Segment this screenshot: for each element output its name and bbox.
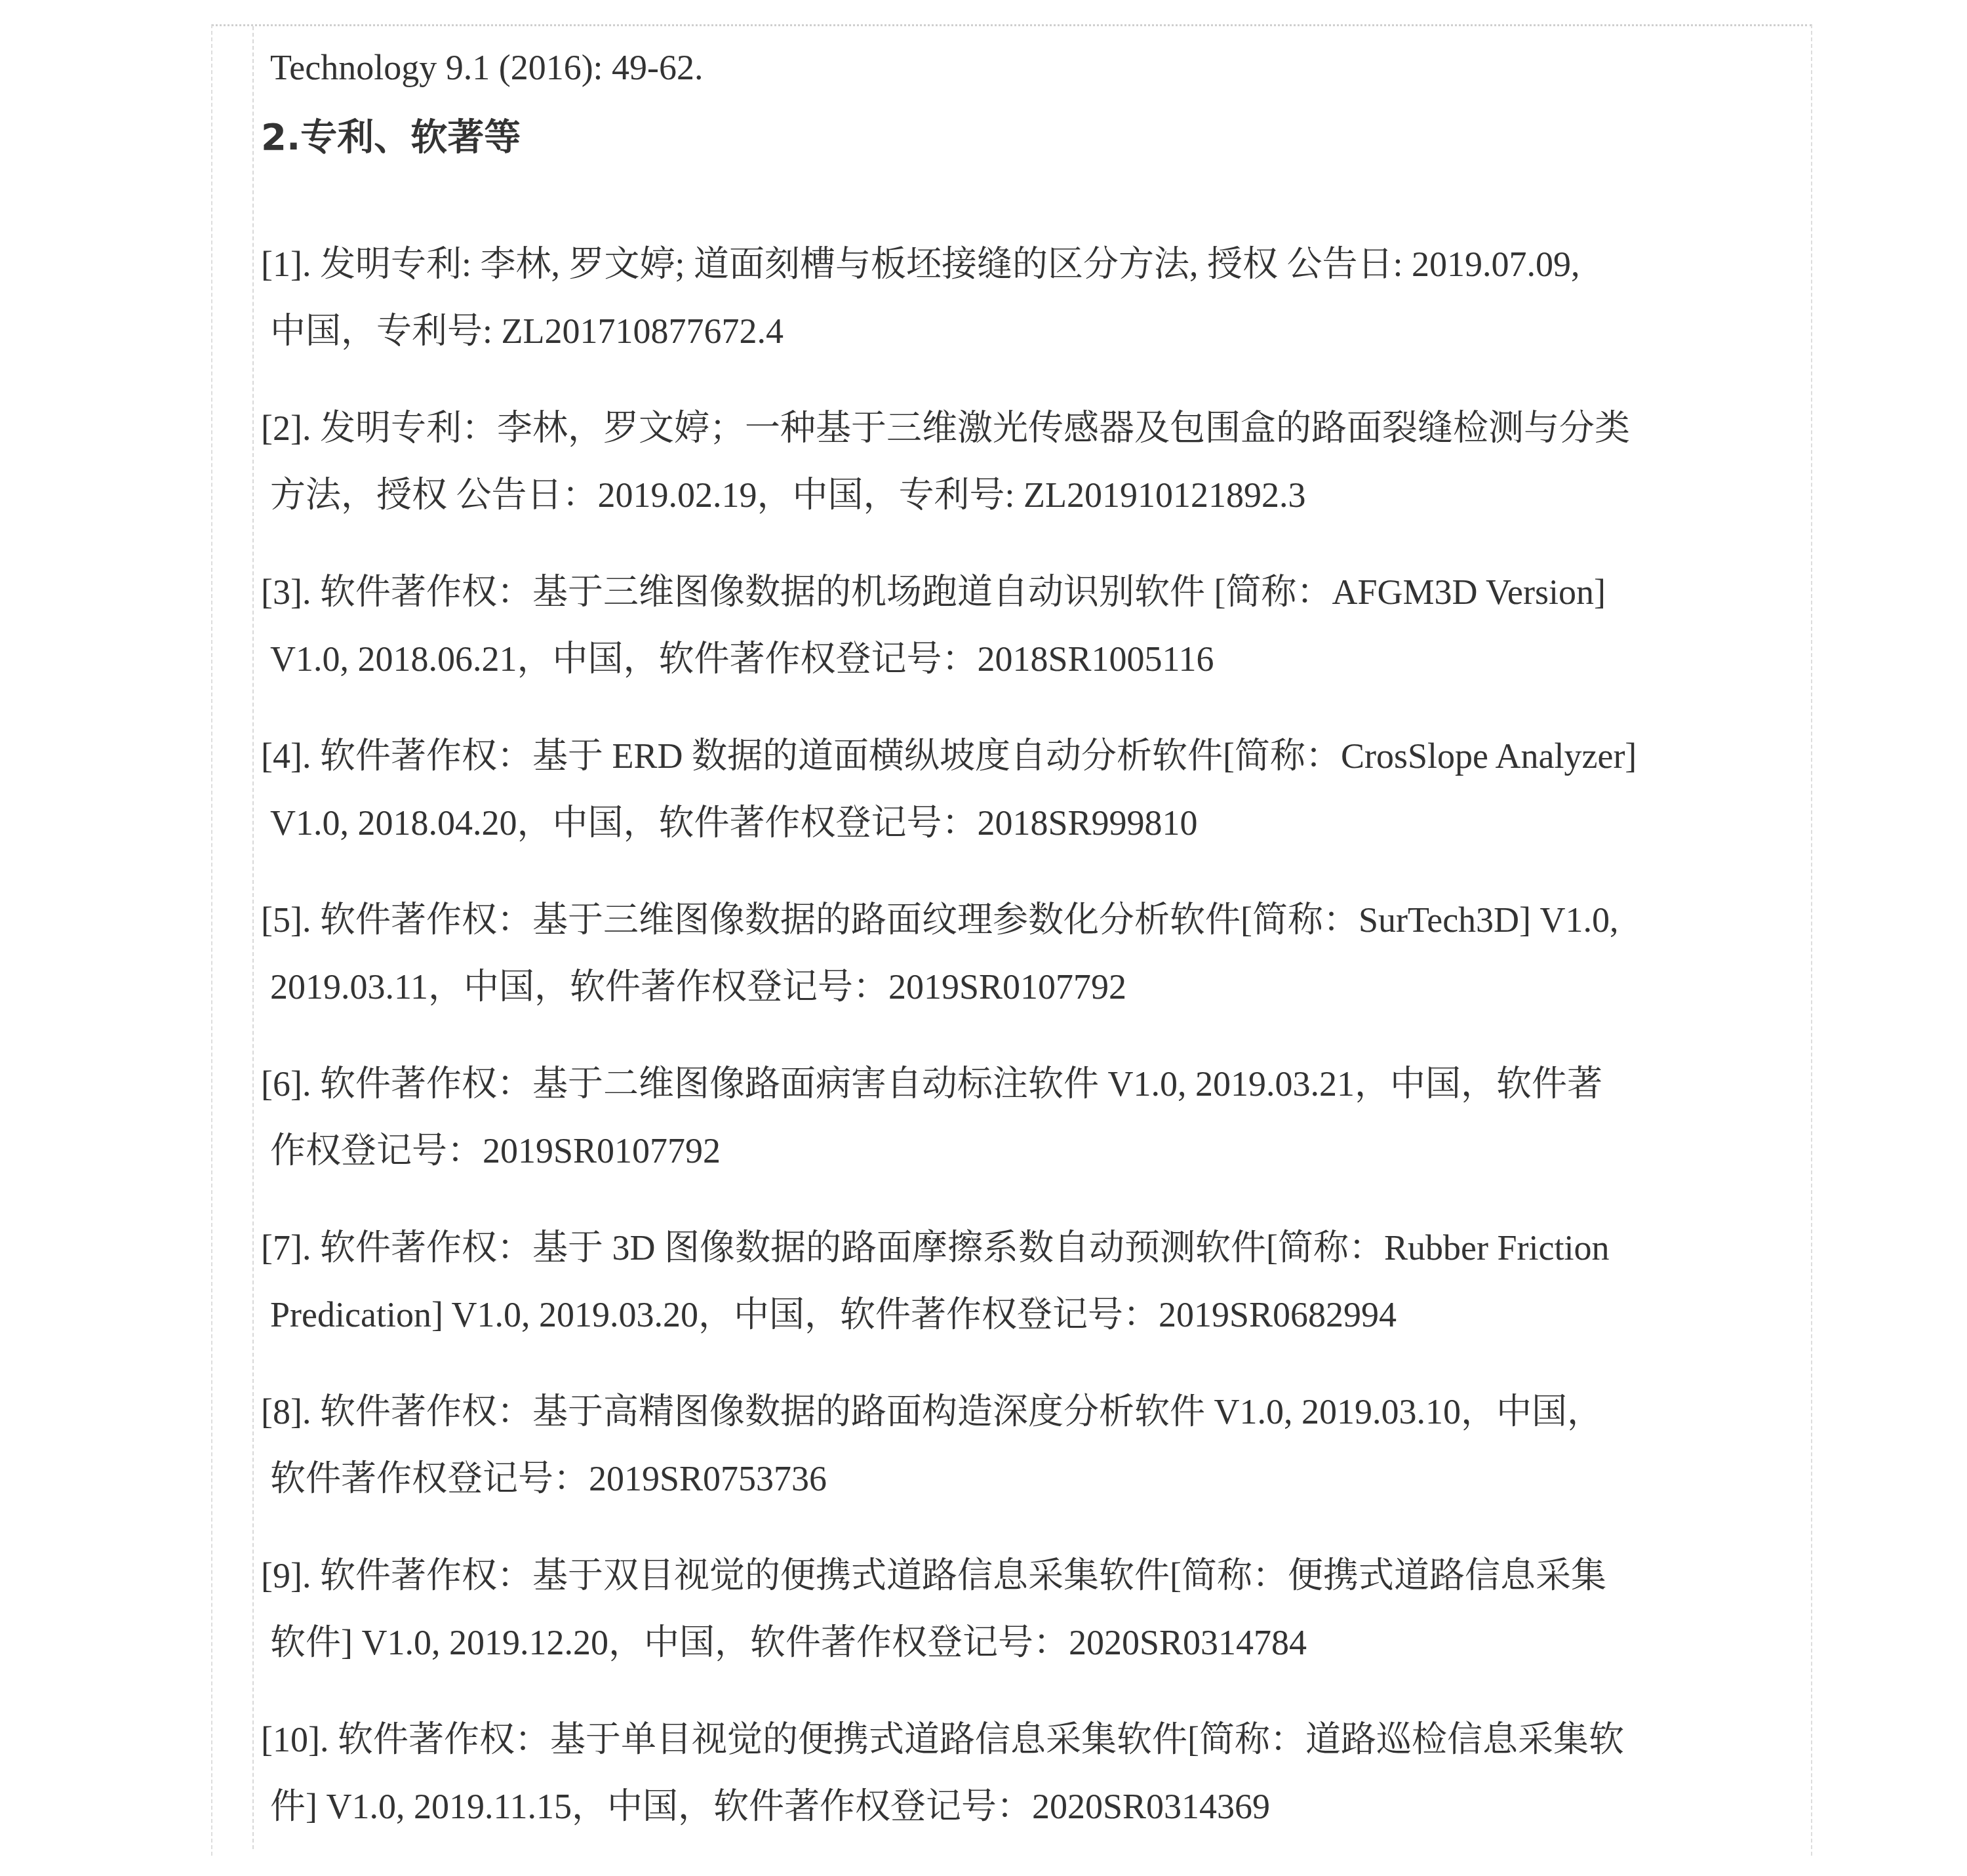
item-line-2: 软件著作权登记号：2019SR0753736 (261, 1445, 1798, 1512)
section-heading: 2.专利、软著等 (261, 105, 1798, 170)
item-line-1: [7]. 软件著作权：基于 3D 图像数据的路面摩擦系数自动预测软件[简称：Ru… (261, 1214, 1798, 1281)
item-line-2: 2019.03.11，中国，软件著作权登记号：2019SR0107792 (261, 953, 1798, 1020)
item-line-2: 作权登记号：2019SR0107792 (261, 1117, 1798, 1184)
item-line-1: [10]. 软件著作权：基于单目视觉的便携式道路信息采集软件[简称：道路巡检信息… (261, 1706, 1798, 1773)
item-line-1: [1]. 发明专利: 李林, 罗文婷; 道面刻槽与板坯接缝的区分方法, 授权 公… (261, 231, 1798, 298)
item-line-2: Predication] V1.0, 2019.03.20，中国，软件著作权登记… (261, 1281, 1798, 1348)
item-line-1: [3]. 软件著作权：基于三维图像数据的机场跑道自动识别软件 [简称：AFGM3… (261, 559, 1798, 626)
item-line-2: V1.0, 2018.06.21，中国，软件著作权登记号：2018SR10051… (261, 626, 1798, 692)
list-item: [1]. 发明专利: 李林, 罗文婷; 道面刻槽与板坯接缝的区分方法, 授权 公… (261, 231, 1798, 365)
item-line-2: 件] V1.0, 2019.11.15，中国，软件著作权登记号：2020SR03… (261, 1773, 1798, 1840)
item-line-1: [5]. 软件著作权：基于三维图像数据的路面纹理参数化分析软件[简称：SurTe… (261, 887, 1798, 953)
list-item: [3]. 软件著作权：基于三维图像数据的机场跑道自动识别软件 [简称：AFGM3… (261, 559, 1798, 692)
list-item: [5]. 软件著作权：基于三维图像数据的路面纹理参数化分析软件[简称：SurTe… (261, 887, 1798, 1020)
list-item: [7]. 软件著作权：基于 3D 图像数据的路面摩擦系数自动预测软件[简称：Ru… (261, 1214, 1798, 1348)
list-item: [10]. 软件著作权：基于单目视觉的便携式道路信息采集软件[简称：道路巡检信息… (261, 1706, 1798, 1840)
list-item: [4]. 软件著作权：基于 ERD 数据的道面横纵坡度自动分析软件[简称：Cro… (261, 723, 1798, 856)
item-line-2: 方法，授权 公告日：2019.02.19，中国，专利号: ZL201910121… (261, 462, 1798, 529)
item-line-2: 软件] V1.0, 2019.12.20，中国，软件著作权登记号：2020SR0… (261, 1609, 1798, 1676)
margin-rule (252, 26, 254, 1849)
document-body: Technology 9.1 (2016): 49-62. 2.专利、软著等 [… (261, 34, 1798, 1840)
list-item: [6]. 软件著作权：基于二维图像路面病害自动标注软件 V1.0, 2019.0… (261, 1050, 1798, 1184)
item-line-1: [2]. 发明专利：李林，罗文婷；一种基于三维激光传感器及包围盒的路面裂缝检测与… (261, 395, 1798, 462)
item-line-2: 中国，专利号: ZL201710877672.4 (261, 298, 1798, 365)
list-item: [2]. 发明专利：李林，罗文婷；一种基于三维激光传感器及包围盒的路面裂缝检测与… (261, 395, 1798, 529)
list-item: [9]. 软件著作权：基于双目视觉的便携式道路信息采集软件[简称：便携式道路信息… (261, 1542, 1798, 1676)
list-item: [8]. 软件著作权：基于高精图像数据的路面构造深度分析软件 V1.0, 201… (261, 1378, 1798, 1512)
item-line-1: [8]. 软件著作权：基于高精图像数据的路面构造深度分析软件 V1.0, 201… (261, 1378, 1798, 1445)
previous-reference-tail: Technology 9.1 (2016): 49-62. (261, 34, 1798, 101)
item-line-1: [9]. 软件著作权：基于双目视觉的便携式道路信息采集软件[简称：便携式道路信息… (261, 1542, 1798, 1609)
item-line-1: [6]. 软件著作权：基于二维图像路面病害自动标注软件 V1.0, 2019.0… (261, 1050, 1798, 1117)
item-line-2: V1.0, 2018.04.20，中国，软件著作权登记号：2018SR99981… (261, 789, 1798, 856)
item-line-1: [4]. 软件著作权：基于 ERD 数据的道面横纵坡度自动分析软件[简称：Cro… (261, 723, 1798, 789)
